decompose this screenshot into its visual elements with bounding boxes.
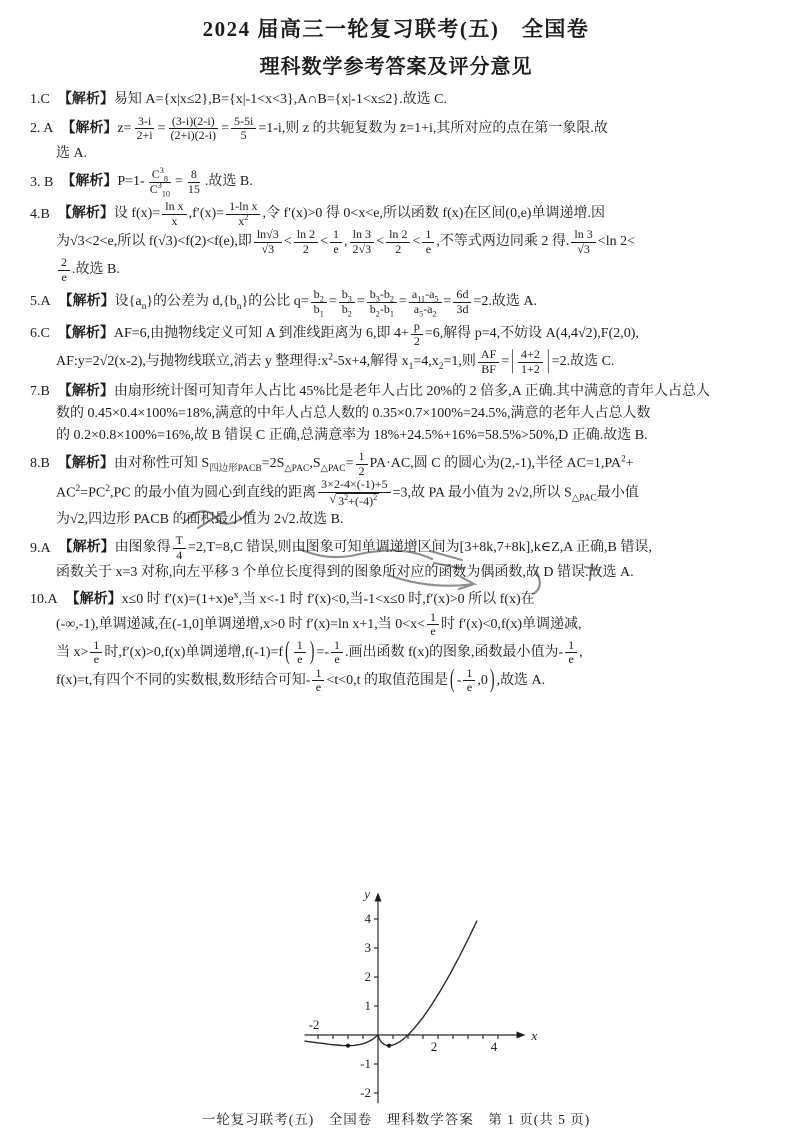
answer-number: 3. B xyxy=(30,175,53,190)
svg-text:4: 4 xyxy=(365,911,372,926)
fraction: b2b1 xyxy=(311,288,327,316)
function-graph-svg: -224-2-11234xy xyxy=(286,889,616,1117)
solution-line: 7.B【解析】由扇形统计图可知青年人占比 45%比是老年人占比 20%的 2 倍… xyxy=(30,380,778,403)
fraction: b3-b2b2-b1 xyxy=(367,288,397,316)
svg-text:3: 3 xyxy=(365,940,372,955)
analysis-tag: 【解析】 xyxy=(61,119,117,135)
fraction: 1e xyxy=(294,639,306,667)
fraction: 1e xyxy=(90,639,102,667)
analysis-tag: 【解析】 xyxy=(58,90,114,106)
analysis-tag: 【解析】 xyxy=(58,382,114,398)
fraction: 3-i2+i xyxy=(133,115,155,143)
fraction: C38C310 xyxy=(147,168,173,196)
fraction: 3×2-4×(-1)+5√32+(-4)2 xyxy=(318,478,390,509)
page-footer: 一轮复习联考(五) 全国卷 理科数学答案 第 1 页(共 5 页) xyxy=(0,1108,792,1128)
answer-number: 5.A xyxy=(30,294,51,309)
svg-text:y: y xyxy=(362,889,370,902)
solution-line: 2e.故选 B. xyxy=(30,256,778,284)
answer-number: 7.B xyxy=(30,384,50,399)
answer-number: 8.B xyxy=(30,456,50,471)
fraction: T4 xyxy=(173,534,186,562)
fraction: 2e xyxy=(58,256,70,284)
solution-line: 为√3<2<e,所以 f(√3)<f(2)<f(e),即ln√3√3<ln 22… xyxy=(30,228,778,256)
analysis-tag: 【解析】 xyxy=(59,539,115,555)
solution-line: 3. B【解析】P=1-C38C310=815.故选 B. xyxy=(30,168,778,196)
exam-title: 2024 届高三一轮复习联考(五) 全国卷 xyxy=(0,13,792,43)
fraction: ln 22 xyxy=(294,228,318,256)
solution-line: 5.A【解析】设{an}的公差为 d,{bn}的公比 q=b2b1=b3b2=b… xyxy=(30,288,778,316)
fraction: 5-5i5 xyxy=(231,115,256,143)
fraction: b3b2 xyxy=(339,288,355,316)
fraction: p2 xyxy=(411,320,423,348)
svg-text:-1: -1 xyxy=(360,1056,371,1071)
fraction: ln 22 xyxy=(386,228,410,256)
fraction: 1e xyxy=(463,667,475,695)
svg-text:1: 1 xyxy=(365,998,372,1013)
svg-text:4: 4 xyxy=(491,1039,498,1054)
solution-8B: 8.B【解析】由对称性可知 S四边形PACB=2S△PAC,S△PAC=12PA… xyxy=(30,450,778,530)
answer-number: 2. A xyxy=(30,121,53,136)
solution-line: 的 0.2×0.8×100%=16%,故 B 错误 C 正确,总满意率为 18%… xyxy=(30,425,778,447)
svg-text:-2: -2 xyxy=(360,1085,371,1100)
solution-line: AF:y=2√2(x-2),与抛物线联立,消去 y 整理得:x2-5x+4,解得… xyxy=(30,348,778,376)
svg-text:2: 2 xyxy=(431,1039,438,1054)
solution-line: (-∞,-1),单调递减,在(-1,0]单调递增,x>0 时 f′(x)=ln … xyxy=(30,611,778,639)
analysis-tag: 【解析】 xyxy=(61,173,117,189)
page-header: 2024 届高三一轮复习联考(五) 全国卷 理科数学参考答案及评分意见 xyxy=(0,0,792,79)
svg-text:x: x xyxy=(531,1028,538,1043)
svg-text:-2: -2 xyxy=(309,1017,320,1032)
fraction: a11-a5a5-a2 xyxy=(409,288,442,316)
fraction: 12 xyxy=(356,450,368,478)
solutions-list: 1.C【解析】易知 A={x|x≤2},B={x|-1<x<3},A∩B={x|… xyxy=(0,79,792,695)
solution-line: AC2=PC2,PC 的最小值为圆心到直线的距离3×2-4×(-1)+5√32+… xyxy=(30,478,778,509)
solution-9A: 9.A【解析】由图象得T4=2,T=8,C 错误,则由图象可知单调递增区间为[3… xyxy=(30,534,778,584)
solution-line: 当 x>1e时,f′(x)>0,f(x)单调递增,f(-1)=f(1e)=-1e… xyxy=(30,639,778,667)
fraction: ln 3√3 xyxy=(571,228,595,256)
analysis-tag: 【解析】 xyxy=(59,292,115,308)
fraction: (3-i)(2-i)(2+i)(2-i) xyxy=(168,115,220,143)
solution-6C: 6.C【解析】AF=6,由抛物线定义可知 A 到准线距离为 6,即 4+p2=6… xyxy=(30,320,778,376)
solution-line: 为√2,四边形 PACB 的面积最小值为 2√2.故选 B. xyxy=(30,509,778,531)
fraction: ln xx xyxy=(162,200,186,228)
solution-5A: 5.A【解析】设{an}的公差为 d,{bn}的公比 q=b2b1=b3b2=b… xyxy=(30,288,778,316)
solution-line: 4.B【解析】设 f(x)=ln xx,f′(x)=1-ln xx2,令 f′(… xyxy=(30,200,778,228)
answer-sheet-subtitle: 理科数学参考答案及评分意见 xyxy=(0,50,792,79)
answer-number: 9.A xyxy=(30,541,51,556)
svg-text:2: 2 xyxy=(365,969,372,984)
fraction: 1e xyxy=(427,611,439,639)
answer-number: 10.A xyxy=(30,592,58,607)
analysis-tag: 【解析】 xyxy=(58,324,114,340)
fraction: ln 32√3 xyxy=(350,228,375,256)
square-root: √32+(-4)2 xyxy=(330,493,380,509)
fraction: 1e xyxy=(330,228,342,256)
solution-1C: 1.C【解析】易知 A={x|x≤2},B={x|-1<x<3},A∩B={x|… xyxy=(30,88,778,111)
solution-10A: 10.A【解析】x≤0 时 f′(x)=(1+x)ex,当 x<-1 时 f′(… xyxy=(30,588,778,695)
solution-line: f(x)=t,有四个不同的实数根,数形结合可知-1e<t<0,t 的取值范围是(… xyxy=(30,667,778,695)
fraction: 6d3d xyxy=(453,288,471,316)
analysis-tag: 【解析】 xyxy=(66,590,122,606)
answer-number: 1.C xyxy=(30,92,50,107)
answer-number: 6.C xyxy=(30,326,50,341)
solution-line: 1.C【解析】易知 A={x|x≤2},B={x|-1<x<3},A∩B={x|… xyxy=(30,88,778,111)
solution-line: 选 A. xyxy=(30,143,778,165)
fraction: 1-ln xx2 xyxy=(226,200,260,228)
solution-line: 数的 0.45×0.4×100%=18%,满意的中年人占总人数的 0.35×0.… xyxy=(30,403,778,425)
fraction: ln√3√3 xyxy=(254,228,282,256)
solution-line: 2. A【解析】z=3-i2+i=(3-i)(2-i)(2+i)(2-i)=5-… xyxy=(30,115,778,143)
fraction: 4+21+2 xyxy=(518,348,543,376)
exam-answer-page: { "header": { "title_line1": "2024 届高三一轮… xyxy=(0,0,792,1141)
solution-7B: 7.B【解析】由扇形统计图可知青年人占比 45%比是老年人占比 20%的 2 倍… xyxy=(30,380,778,446)
solution-line: 8.B【解析】由对称性可知 S四边形PACB=2S△PAC,S△PAC=12PA… xyxy=(30,450,778,478)
solution-3B: 3. B【解析】P=1-C38C310=815.故选 B. xyxy=(30,168,778,196)
analysis-tag: 【解析】 xyxy=(58,454,114,470)
answer-number: 4.B xyxy=(30,207,50,222)
fraction: 1e xyxy=(565,639,577,667)
solution-line: 9.A【解析】由图象得T4=2,T=8,C 错误,则由图象可知单调递增区间为[3… xyxy=(30,534,778,562)
solution-line: 10.A【解析】x≤0 时 f′(x)=(1+x)ex,当 x<-1 时 f′(… xyxy=(30,588,778,611)
solution-line: 6.C【解析】AF=6,由抛物线定义可知 A 到准线距离为 6,即 4+p2=6… xyxy=(30,320,778,348)
analysis-tag: 【解析】 xyxy=(58,205,114,221)
solution-4B: 4.B【解析】设 f(x)=ln xx,f′(x)=1-ln xx2,令 f′(… xyxy=(30,200,778,284)
solution-line: 函数关于 x=3 对称,向左平移 3 个单位长度得到的图象所对应的函数为偶函数,… xyxy=(30,562,778,584)
fraction: 1e xyxy=(422,228,434,256)
solution-2A: 2. A【解析】z=3-i2+i=(3-i)(2-i)(2+i)(2-i)=5-… xyxy=(30,115,778,165)
fraction: 815 xyxy=(185,168,203,196)
fraction: 1e xyxy=(331,639,343,667)
fraction: AFBF xyxy=(478,348,499,376)
question10-function-graph: -224-2-11234xy xyxy=(286,889,616,1117)
